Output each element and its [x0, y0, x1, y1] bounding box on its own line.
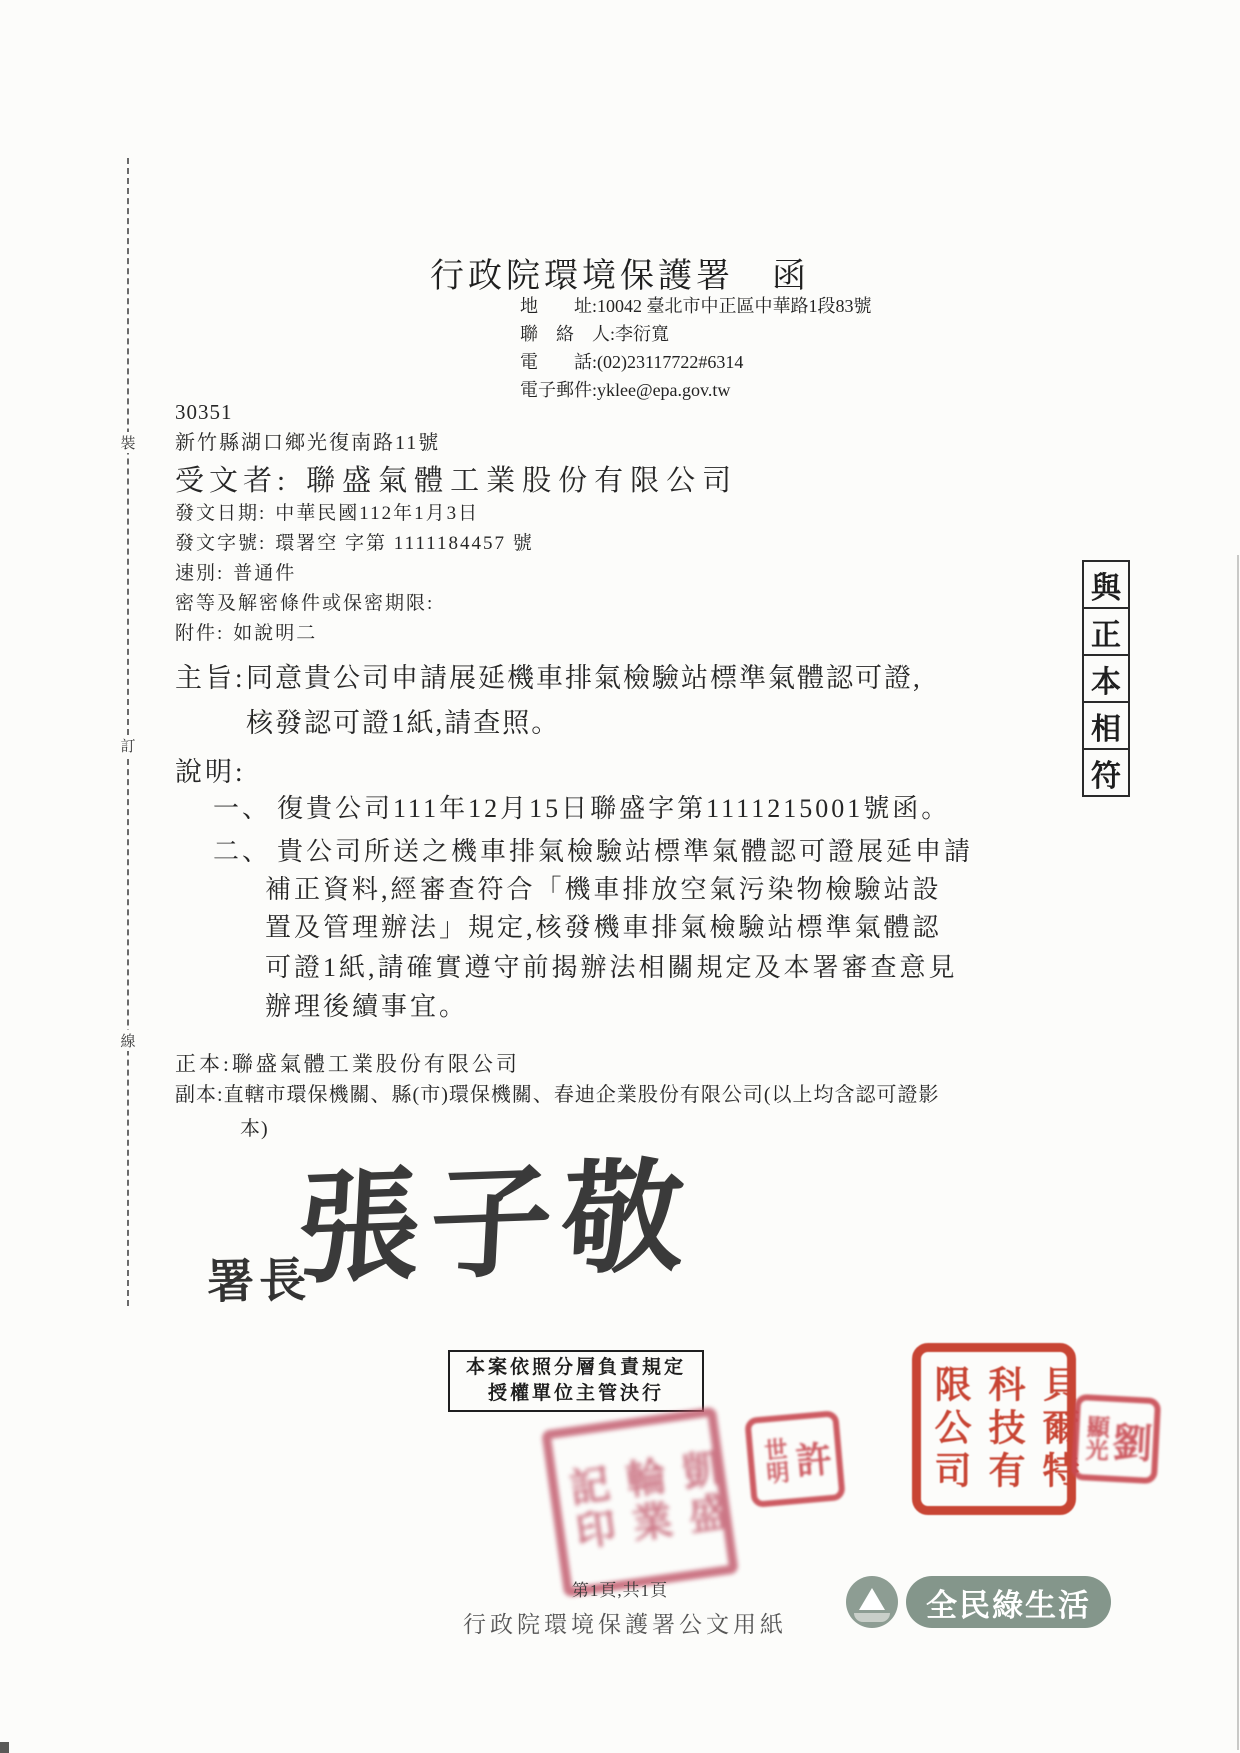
- contact-label: 電子郵件:: [520, 376, 597, 404]
- seal-column: 顯光: [1078, 1414, 1113, 1462]
- seal-char: 劉: [1111, 1410, 1154, 1469]
- description-item-2-line-5: 辦理後續事宜。: [265, 986, 468, 1023]
- binding-mark-xian: 線: [116, 1030, 140, 1051]
- contact-value: (02)23117722#6314: [597, 348, 743, 376]
- meta-row-speed: 速別:普通件: [175, 559, 534, 589]
- seal-char: 許: [793, 1430, 833, 1484]
- contact-row-person: 聯 絡 人:李衍寬: [520, 320, 872, 348]
- recipient-address: 新竹縣湖口鄉光復南路11號: [175, 426, 440, 455]
- official-letter-page: 裝 訂 線 行政院環境保護署 函 地 址:10042 臺北市中正區中華路1段83…: [0, 0, 1240, 1753]
- name-seal-liu-stamp: 劉 顯光: [1071, 1394, 1161, 1484]
- cc-line-2: 本): [240, 1112, 269, 1141]
- item-marker: 二、: [213, 837, 271, 866]
- meta-row-attachment: 附件:如說明二: [175, 619, 534, 649]
- meta-row-secrecy: 密等及解密條件或保密期限:: [175, 589, 534, 619]
- cc-line-1: 副本:直轄市環保機關、縣(市)環保機關、春迪企業股份有限公司(以上均含認可證影: [175, 1078, 940, 1107]
- seal-column: 凱盛: [669, 1446, 738, 1541]
- binding-mark-ding: 訂: [116, 735, 140, 756]
- cert-char: 與: [1082, 560, 1130, 609]
- meta-value: 中華民國112年1月3日: [275, 503, 479, 524]
- seal-column: 科技有: [975, 1365, 1029, 1494]
- meta-value: 普通件: [233, 563, 296, 584]
- contact-row-address: 地 址:10042 臺北市中正區中華路1段83號: [520, 292, 872, 320]
- signature-calligraphy: 張子敬: [294, 1145, 697, 1306]
- cc-label: 副本:: [175, 1084, 224, 1106]
- subject-line-1: 同意貴公司申請展延機車排氣檢驗站標準氣體認可證,: [246, 656, 922, 695]
- green-living-logo: 全民綠生活: [846, 1576, 1111, 1628]
- contact-row-phone: 電 話:(02)23117722#6314: [520, 348, 872, 376]
- binding-mark-zhuang: 裝: [116, 432, 140, 453]
- name-seal-xu-stamp: 許 世明: [744, 1410, 845, 1508]
- binding-dashed-line: [127, 158, 129, 1306]
- recipient-zip: 30351: [175, 400, 233, 425]
- item-text: 貴公司所送之機車排氣檢驗站標準氣體認可證展延申請: [277, 837, 973, 866]
- meta-value: 環署空 字第 1111184457 號: [275, 533, 533, 554]
- logo-text: 全民綠生活: [906, 1576, 1111, 1628]
- description-item-2-line-2: 補正資料,經審查符合「機車排放空氣污染物檢驗站設: [265, 869, 942, 906]
- meta-label: 發文字號:: [175, 533, 266, 554]
- scan-edge-artifact: [1237, 555, 1239, 1750]
- document-title: 行政院環境保護署 函: [0, 248, 1240, 297]
- meta-label: 速別:: [175, 563, 224, 584]
- seal-column: 限公司: [921, 1365, 975, 1494]
- cert-char: 相: [1082, 701, 1130, 750]
- agency-contact-block: 地 址:10042 臺北市中正區中華路1段83號 聯 絡 人:李衍寬 電 話:(…: [520, 292, 872, 404]
- meta-label: 附件:: [175, 623, 224, 644]
- meta-value: 如說明二: [233, 623, 317, 644]
- item-marker: 一、: [213, 794, 271, 823]
- cc-value: 直轄市環保機關、縣(市)環保機關、春迪企業股份有限公司(以上均含認可證影: [224, 1084, 940, 1106]
- subject-label: 主旨:: [175, 656, 246, 695]
- scan-corner-artifact: [0, 1742, 9, 1753]
- original-copy-line: 正本:聯盛氣體工業股份有限公司: [175, 1048, 520, 1078]
- description-label: 說明:: [175, 750, 246, 789]
- recipient-name: 聯盛氣體工業股份有限公司: [306, 465, 738, 497]
- subject-line-2: 核發認可證1紙,請查照。: [246, 701, 560, 740]
- contact-row-email: 電子郵件:yklee@epa.gov.tw: [520, 376, 872, 404]
- official-paper-label: 行政院環境保護署公文用紙: [463, 1606, 787, 1639]
- recipient-line: 受文者:聯盛氣體工業股份有限公司: [175, 458, 738, 499]
- original-label: 正本:: [175, 1052, 232, 1076]
- mountain-emblem-icon: [846, 1576, 898, 1628]
- authorization-line-2: 授權單位主管決行: [456, 1381, 696, 1407]
- cert-char: 本: [1082, 654, 1130, 703]
- contact-value: 李衍寬: [615, 320, 669, 348]
- contact-value: yklee@epa.gov.tw: [597, 376, 730, 404]
- corporate-seal-stamp: 凱盛 輪業 記印: [541, 1407, 739, 1598]
- description-item-2-line-1: 二、貴公司所送之機車排氣檢驗站標準氣體認可證展延申請: [213, 831, 973, 868]
- recipient-label: 受文者:: [175, 465, 290, 497]
- contact-label: 地 址:: [520, 292, 597, 320]
- cert-char: 符: [1082, 748, 1130, 797]
- meta-label: 密等及解密條件或保密期限:: [175, 593, 434, 614]
- document-meta-block: 發文日期:中華民國112年1月3日 發文字號:環署空 字第 1111184457…: [175, 499, 534, 649]
- contact-value: 10042 臺北市中正區中華路1段83號: [597, 292, 872, 320]
- meta-label: 發文日期:: [175, 503, 266, 524]
- contact-label: 電 話:: [520, 348, 597, 376]
- description-item-1: 一、復貴公司111年12月15日聯盛字第1111215001號函。: [213, 788, 950, 825]
- bell-tech-company-stamp: 貝爾特 科技有 限公司: [912, 1343, 1076, 1515]
- original-value: 聯盛氣體工業股份有限公司: [232, 1052, 520, 1076]
- item-text: 復貴公司111年12月15日聯盛字第1111215001號函。: [277, 794, 950, 823]
- contact-label: 聯 絡 人:: [520, 320, 615, 348]
- certified-true-copy-stamp: 與 正 本 相 符: [1082, 560, 1130, 797]
- description-item-2-line-3: 置及管理辦法」規定,核發機車排氣檢驗站標準氣體認: [265, 907, 942, 944]
- meta-row-number: 發文字號:環署空 字第 1111184457 號: [175, 529, 534, 559]
- meta-row-date: 發文日期:中華民國112年1月3日: [175, 499, 534, 529]
- seal-column: 世明: [756, 1436, 793, 1485]
- authorization-box: 本案依照分層負責規定 授權單位主管決行: [448, 1350, 704, 1412]
- authorization-line-1: 本案依照分層負責規定: [456, 1355, 696, 1381]
- description-item-2-line-4: 可證1紙,請確實遵守前揭辦法相關規定及本署審查意見: [265, 947, 958, 984]
- cert-char: 正: [1082, 607, 1130, 656]
